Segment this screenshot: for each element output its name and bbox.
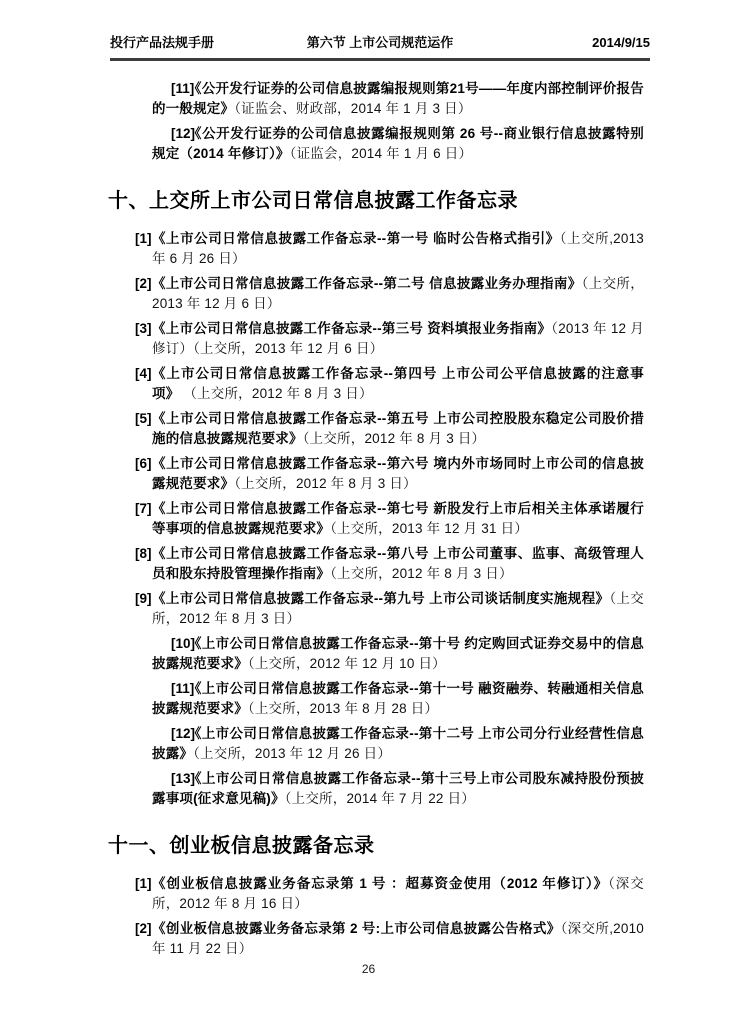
item-title: 《上市公司日常信息披露工作备忘录--第九号 上市公司谈话制度实施规程》 bbox=[152, 591, 609, 606]
item-title: 《创业板信息披露业务备忘录第 2 号:上市公司信息披露公告格式》 bbox=[152, 921, 561, 936]
page-number: 26 bbox=[362, 962, 375, 976]
header-date: 2014/9/15 bbox=[453, 35, 650, 50]
item-title: 《上市公司日常信息披露工作备忘录--第一号 临时公告格式指引》 bbox=[152, 231, 560, 246]
intro-item-list: [11]《公开发行证券的公司信息披露编报规则第21号——年度内部控制评价报告的一… bbox=[110, 79, 650, 164]
item-number: [1] bbox=[135, 874, 152, 894]
item-number: [6] bbox=[135, 454, 152, 474]
item-info: （上交所，2012 年 8 月 3 日） bbox=[179, 386, 372, 401]
item-number: [4] bbox=[135, 364, 152, 384]
item-info: （上交所，2012 年 8 月 3 日） bbox=[330, 566, 513, 581]
item-info: （上交所，2014 年 7 月 22 日） bbox=[285, 791, 475, 806]
item-number: [2] bbox=[135, 274, 152, 294]
list-item: [1]《创业板信息披露业务备忘录第 1 号 ：超募资金使用（2012 年修订）》… bbox=[152, 874, 644, 914]
list-item: [13]《上市公司日常信息披露工作备忘录--第十三号上市公司股东减持股份预披露事… bbox=[152, 769, 644, 809]
list-item: [11]《公开发行证券的公司信息披露编报规则第21号——年度内部控制评价报告的一… bbox=[152, 79, 644, 119]
list-item: [5]《上市公司日常信息披露工作备忘录--第五号 上市公司控股股东稳定公司股价措… bbox=[152, 409, 644, 449]
sections-container: 十、上交所上市公司日常信息披露工作备忘录 [1]《上市公司日常信息披露工作备忘录… bbox=[110, 184, 650, 959]
item-info: （证监会，2014 年 1 月 6 日） bbox=[290, 146, 473, 161]
item-number: [1] bbox=[135, 229, 152, 249]
list-item: [11]《上市公司日常信息披露工作备忘录--第十一号 融资融券、转融通相关信息披… bbox=[152, 679, 644, 719]
document-page: 投行产品法规手册 第六节 上市公司规范运作 2014/9/15 [11]《公开发… bbox=[0, 0, 737, 1010]
item-number: [8] bbox=[135, 544, 152, 564]
section-item-list: [1]《上市公司日常信息披露工作备忘录--第一号 临时公告格式指引》（上交所,2… bbox=[110, 229, 650, 809]
item-number: [7] bbox=[135, 499, 152, 519]
header-section-title: 第六节 上市公司规范运作 bbox=[307, 32, 454, 51]
item-info: （上交所，2013 年 12 月 26 日） bbox=[193, 746, 391, 761]
page-content: 投行产品法规手册 第六节 上市公司规范运作 2014/9/15 [11]《公开发… bbox=[110, 32, 650, 964]
item-number: [12] bbox=[135, 124, 195, 144]
list-item: [10]《上市公司日常信息披露工作备忘录--第十号 约定购回式证券交易中的信息披… bbox=[152, 634, 644, 674]
item-number: [5] bbox=[135, 409, 152, 429]
item-title: 《创业板信息披露业务备忘录第 1 号 ：超募资金使用（2012 年修订）》 bbox=[152, 876, 608, 891]
item-title: 《上市公司日常信息披露工作备忘录--第三号 资料填报业务指南》 bbox=[152, 321, 551, 336]
list-item: [6]《上市公司日常信息披露工作备忘录--第六号 境内外市场同时上市公司的信息披… bbox=[152, 454, 644, 494]
item-number: [11] bbox=[135, 79, 194, 99]
item-number: [2] bbox=[135, 919, 152, 939]
section-heading: 十一、创业板信息披露备忘录 bbox=[108, 829, 650, 858]
section: 十一、创业板信息披露备忘录 [1]《创业板信息披露业务备忘录第 1 号 ：超募资… bbox=[110, 829, 650, 959]
list-item: [12]《上市公司日常信息披露工作备忘录--第十二号 上市公司分行业经营性信息披… bbox=[152, 724, 644, 764]
item-info: （证监会、财政部，2014 年 1 月 3 日） bbox=[234, 101, 471, 116]
section-heading: 十、上交所上市公司日常信息披露工作备忘录 bbox=[108, 184, 650, 213]
item-number: [9] bbox=[135, 589, 152, 609]
item-info: （上交所，2012 年 8 月 3 日） bbox=[234, 476, 417, 491]
item-number: [12] bbox=[135, 724, 195, 744]
list-item: [2]《上市公司日常信息披露工作备忘录--第二号 信息披露业务办理指南》（上交所… bbox=[152, 274, 644, 314]
list-item: [1]《上市公司日常信息披露工作备忘录--第一号 临时公告格式指引》（上交所,2… bbox=[152, 229, 644, 269]
section: 十、上交所上市公司日常信息披露工作备忘录 [1]《上市公司日常信息披露工作备忘录… bbox=[110, 184, 650, 809]
item-number: [13] bbox=[135, 769, 195, 789]
list-item: [7]《上市公司日常信息披露工作备忘录--第七号 新股发行上市后相关主体承诺履行… bbox=[152, 499, 644, 539]
item-info: （上交所，2013 年 8 月 28 日） bbox=[248, 701, 438, 716]
item-info: （上交所，2013 年 12 月 31 日） bbox=[330, 521, 528, 536]
list-item: [9]《上市公司日常信息披露工作备忘录--第九号 上市公司谈话制度实施规程》（上… bbox=[152, 589, 644, 629]
item-number: [3] bbox=[135, 319, 152, 339]
item-number: [11] bbox=[135, 679, 194, 699]
document-body: [11]《公开发行证券的公司信息披露编报规则第21号——年度内部控制评价报告的一… bbox=[110, 79, 650, 959]
list-item: [8]《上市公司日常信息披露工作备忘录--第八号 上市公司董事、监事、高级管理人… bbox=[152, 544, 644, 584]
list-item: [2]《创业板信息披露业务备忘录第 2 号:上市公司信息披露公告格式》（深交所,… bbox=[152, 919, 644, 959]
list-item: [4]《上市公司日常信息披露工作备忘录--第四号 上市公司公平信息披露的注意事项… bbox=[152, 364, 644, 404]
section-item-list: [1]《创业板信息披露业务备忘录第 1 号 ：超募资金使用（2012 年修订）》… bbox=[110, 874, 650, 959]
page-footer: 26 bbox=[0, 962, 737, 976]
header-manual-title: 投行产品法规手册 bbox=[110, 32, 307, 51]
list-item: [3]《上市公司日常信息披露工作备忘录--第三号 资料填报业务指南》（2013 … bbox=[152, 319, 644, 359]
page-header: 投行产品法规手册 第六节 上市公司规范运作 2014/9/15 bbox=[110, 32, 650, 61]
item-info: （上交所，2012 年 12 月 10 日） bbox=[248, 656, 446, 671]
item-title: 《上市公司日常信息披露工作备忘录--第二号 信息披露业务办理指南》 bbox=[152, 276, 582, 291]
item-number: [10] bbox=[135, 634, 195, 654]
item-info: （上交所，2012 年 8 月 3 日） bbox=[303, 431, 486, 446]
list-item: [12]《公开发行证券的公司信息披露编报规则第 26 号--商业银行信息披露特别… bbox=[152, 124, 644, 164]
